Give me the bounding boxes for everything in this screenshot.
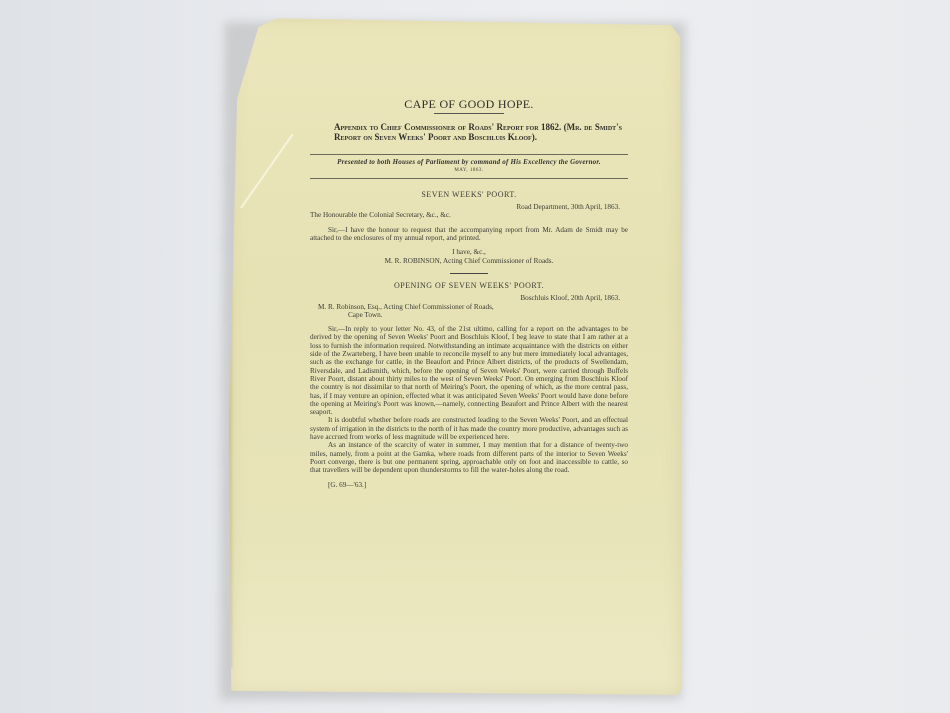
presented-date: MAY, 1863. <box>310 167 628 175</box>
document-reference: [G. 69—'63.] <box>310 481 628 489</box>
document-title: CAPE OF GOOD HOPE. <box>310 100 628 108</box>
letter2-paragraph-2: It is doubtful whether before roads are … <box>310 416 628 441</box>
letter1-heading: SEVEN WEEKS' POORT. <box>310 191 628 199</box>
presented-notice: Presented to both Houses of Parliament b… <box>310 154 628 179</box>
paper-crease <box>240 134 293 209</box>
letter1-body: Sir,—I have the honour to request that t… <box>310 226 628 243</box>
letter2-heading: OPENING OF SEVEN WEEKS' POORT. <box>310 282 628 290</box>
letter1-addressee: The Honourable the Colonial Secretary, &… <box>310 211 628 219</box>
letter1-signature: M. R. ROBINSON, Acting Chief Commissione… <box>310 257 628 265</box>
letter2-addressee-line2: Cape Town. <box>310 311 628 319</box>
letter2-addressee-line1: M. R. Robinson, Esq., Acting Chief Commi… <box>310 303 628 311</box>
document-content: CAPE OF GOOD HOPE. Appendix to Chief Com… <box>310 98 628 489</box>
document-subtitle: Appendix to Chief Commissioner of Roads'… <box>310 122 628 142</box>
title-rule <box>434 113 504 114</box>
section-divider <box>450 273 488 274</box>
letter2-paragraph-1: Sir,—In reply to your letter No. 43, of … <box>310 325 628 416</box>
letter1-dateline: Road Department, 30th April, 1863. <box>310 203 628 211</box>
letter2-paragraph-3: As an instance of the scarcity of water … <box>310 441 628 474</box>
letter2-dateline: Boschluis Kloof, 20th April, 1863. <box>310 294 628 302</box>
letter1-closing: I have, &c., <box>310 248 628 256</box>
presented-text: Presented to both Houses of Parliament b… <box>310 158 628 166</box>
